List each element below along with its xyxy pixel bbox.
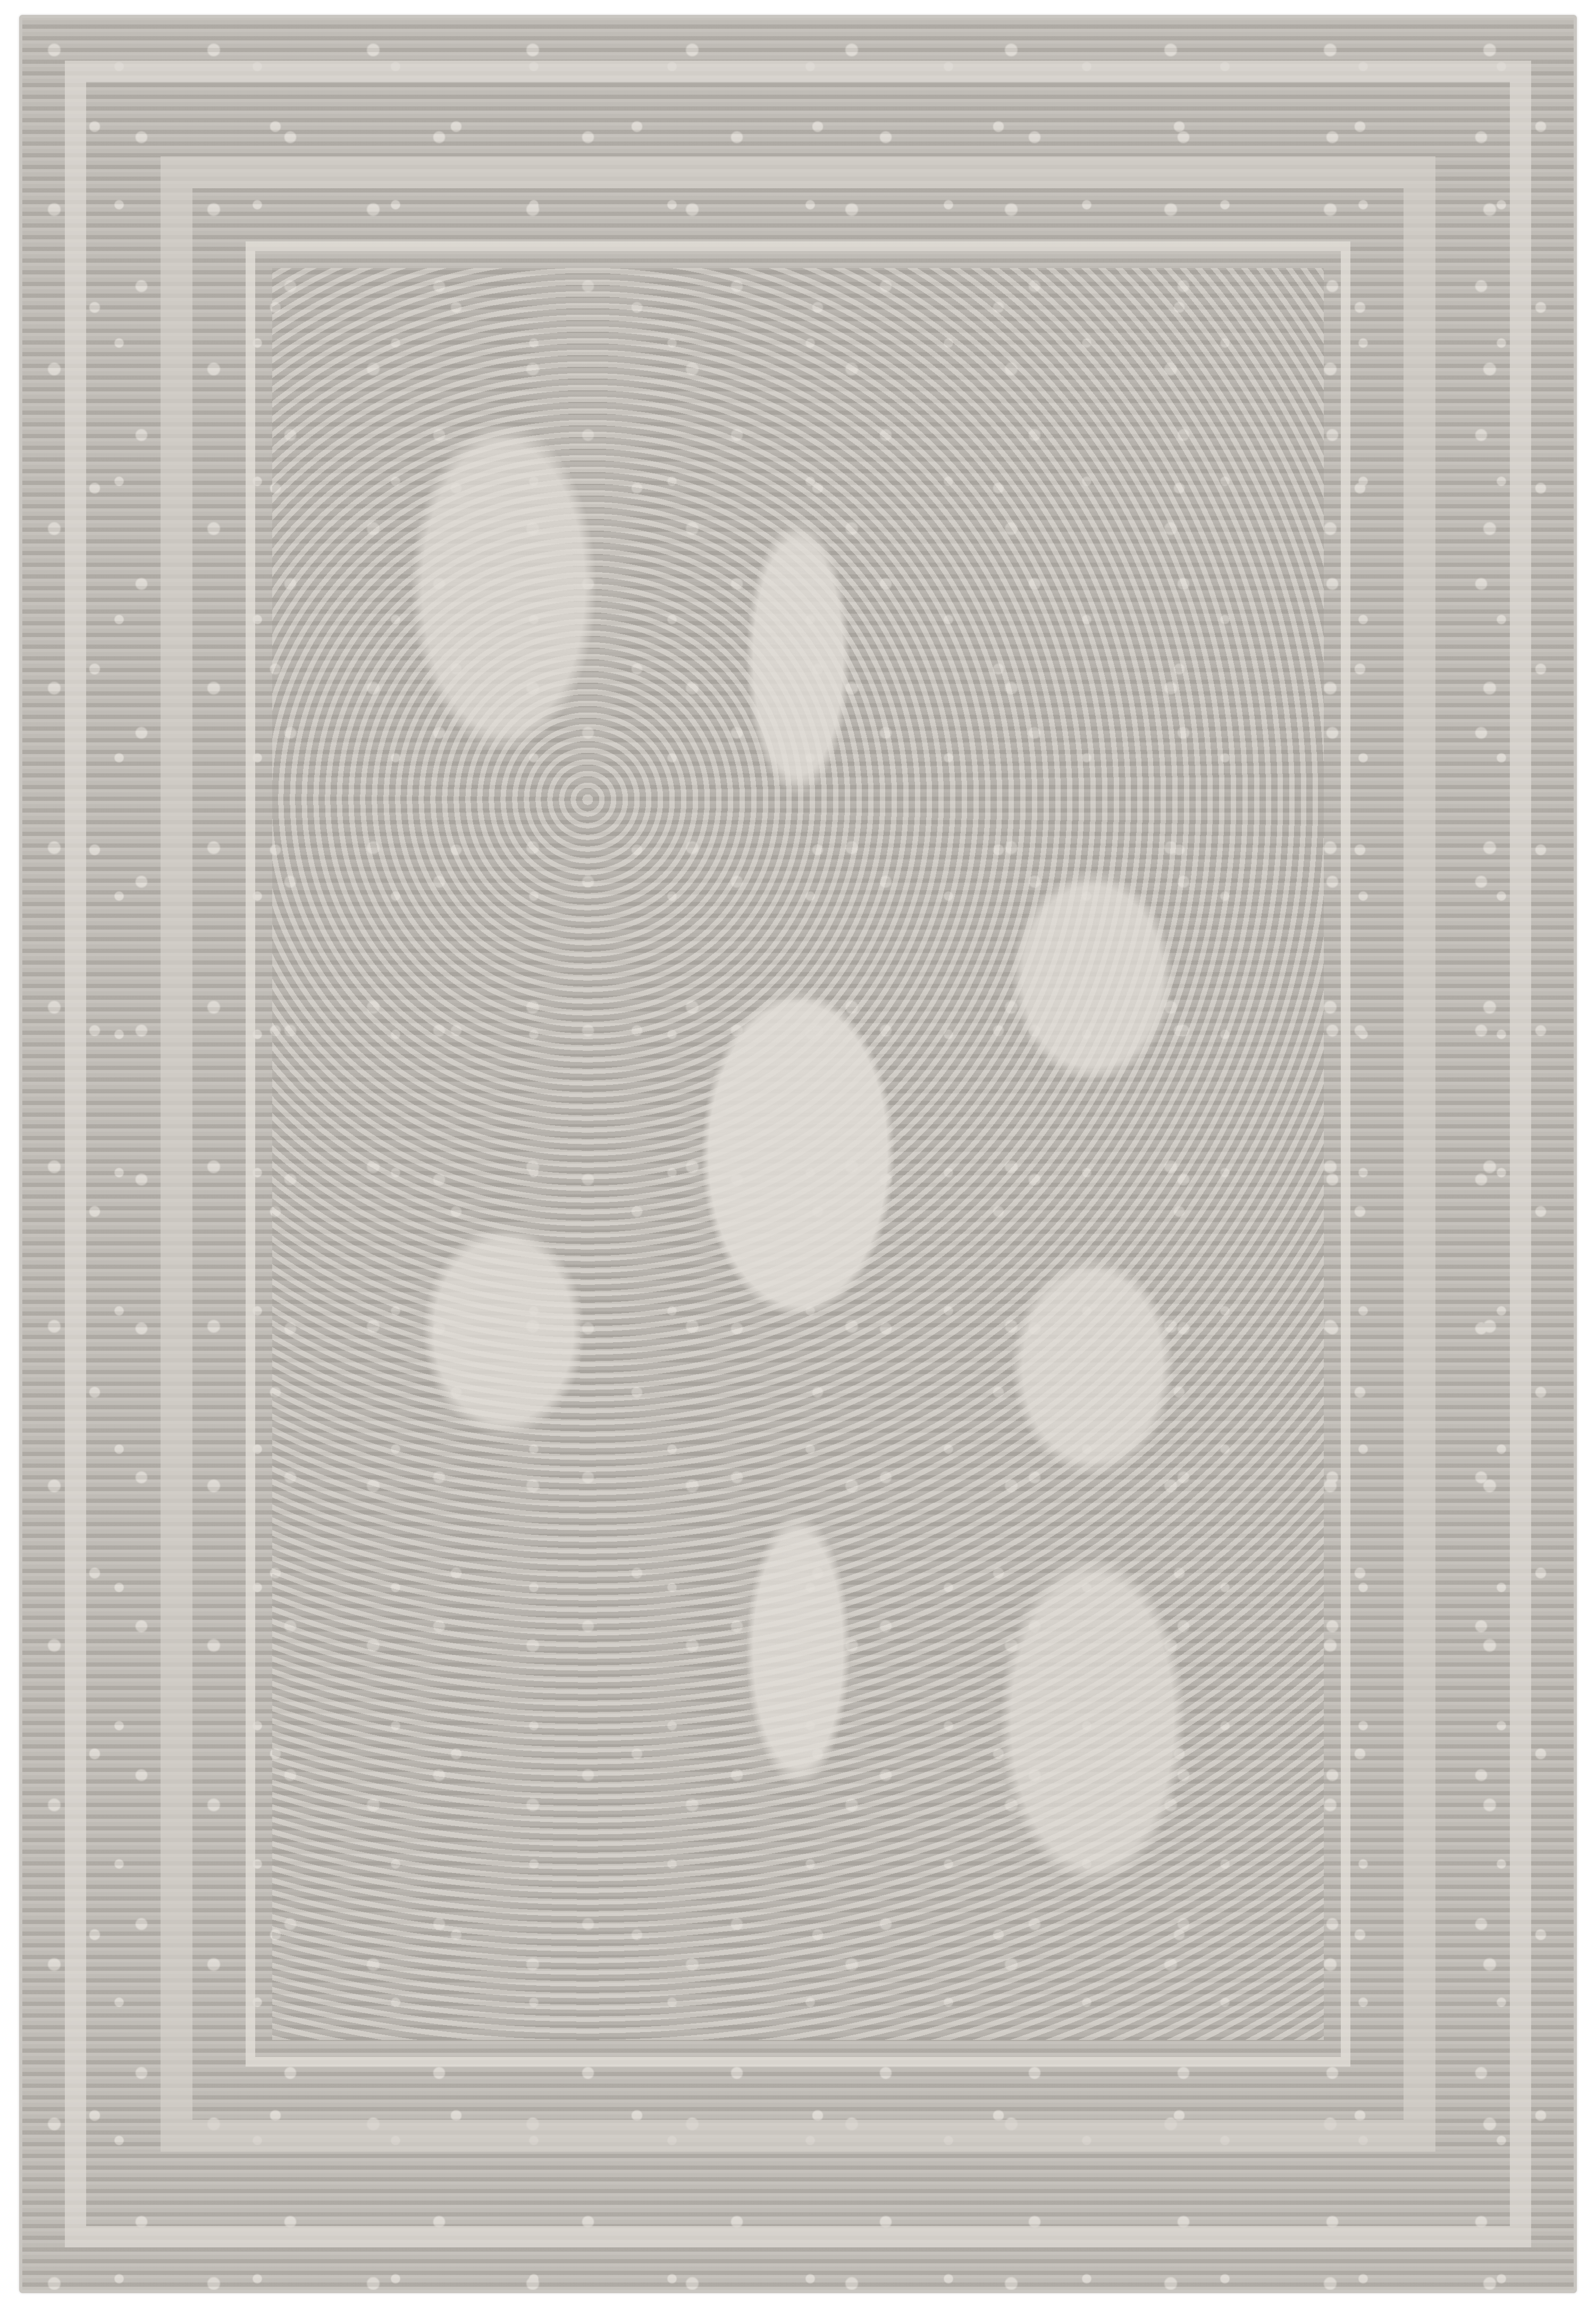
rug <box>19 15 1577 2293</box>
central-field-medallions <box>272 268 1324 2040</box>
